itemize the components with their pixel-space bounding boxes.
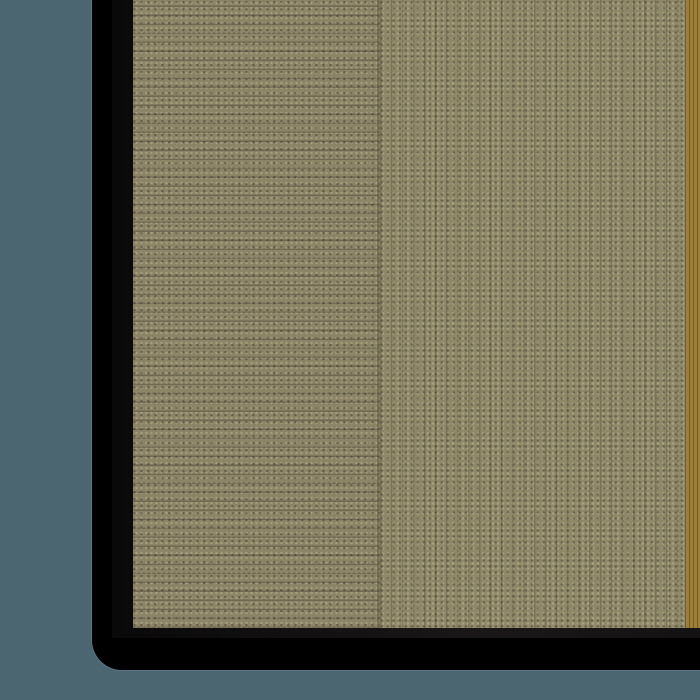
- horizontal-groove-block: [133, 0, 380, 628]
- vertical-groove-block: [380, 0, 685, 628]
- gold-strip: [685, 0, 700, 628]
- concrete-panel: [133, 0, 700, 628]
